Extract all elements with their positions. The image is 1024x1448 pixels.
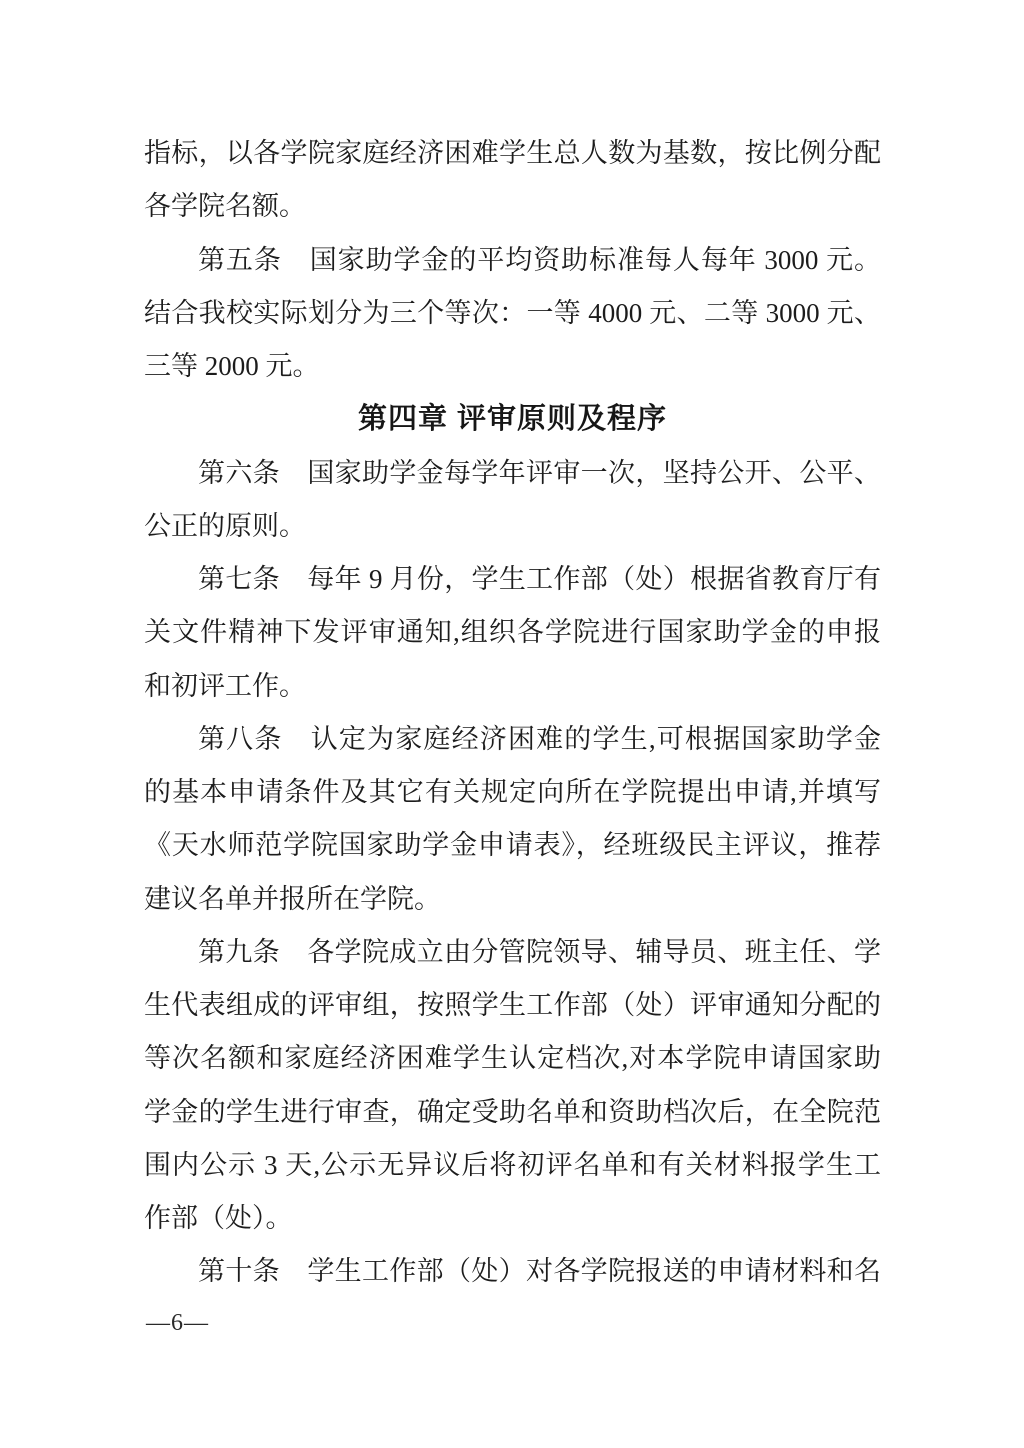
document-line: 建议名单并报所在学院。	[144, 873, 881, 926]
document-line: 三等 2000 元。	[144, 340, 881, 393]
document-line: 第十条 学生工作部（处）对各学院报送的申请材料和名	[144, 1245, 881, 1298]
document-line: 第八条 认定为家庭经济困难的学生,可根据国家助学金	[144, 713, 881, 766]
document-line: 作部（处）。	[144, 1192, 881, 1245]
document-body: 指标，以各学院家庭经济困难学生总人数为基数，按比例分配 各学院名额。 第五条 国…	[144, 127, 881, 1299]
document-line: 的基本申请条件及其它有关规定向所在学院提出申请,并填写	[144, 766, 881, 819]
document-page: 指标，以各学院家庭经济困难学生总人数为基数，按比例分配 各学院名额。 第五条 国…	[0, 0, 1024, 1448]
document-line: 《天水师范学院国家助学金申请表》，经班级民主评议，推荐	[144, 819, 881, 872]
document-line: 学金的学生进行审查，确定受助名单和资助档次后，在全院范	[144, 1086, 881, 1139]
chapter-heading: 第四章 评审原则及程序	[144, 393, 881, 446]
document-line: 关文件精神下发评审通知,组织各学院进行国家助学金的申报	[144, 606, 881, 659]
document-line: 第五条 国家助学金的平均资助标准每人每年 3000 元。	[144, 234, 881, 287]
document-line: 指标，以各学院家庭经济困难学生总人数为基数，按比例分配	[144, 127, 881, 180]
document-line: 第六条 国家助学金每学年评审一次，坚持公开、公平、	[144, 447, 881, 500]
document-line: 和初评工作。	[144, 660, 881, 713]
document-line: 结合我校实际划分为三个等次：一等 4000 元、二等 3000 元、	[144, 287, 881, 340]
document-line: 生代表组成的评审组，按照学生工作部（处）评审通知分配的	[144, 979, 881, 1032]
document-line: 公正的原则。	[144, 500, 881, 553]
document-line: 围内公示 3 天,公示无异议后将初评名单和有关材料报学生工	[144, 1139, 881, 1192]
document-line: 第九条 各学院成立由分管院领导、辅导员、班主任、学	[144, 926, 881, 979]
document-line: 等次名额和家庭经济困难学生认定档次,对本学院申请国家助	[144, 1032, 881, 1085]
document-line: 第七条 每年 9 月份，学生工作部（处）根据省教育厅有	[144, 553, 881, 606]
document-line: 各学院名额。	[144, 180, 881, 233]
page-number: —6—	[146, 1306, 209, 1340]
